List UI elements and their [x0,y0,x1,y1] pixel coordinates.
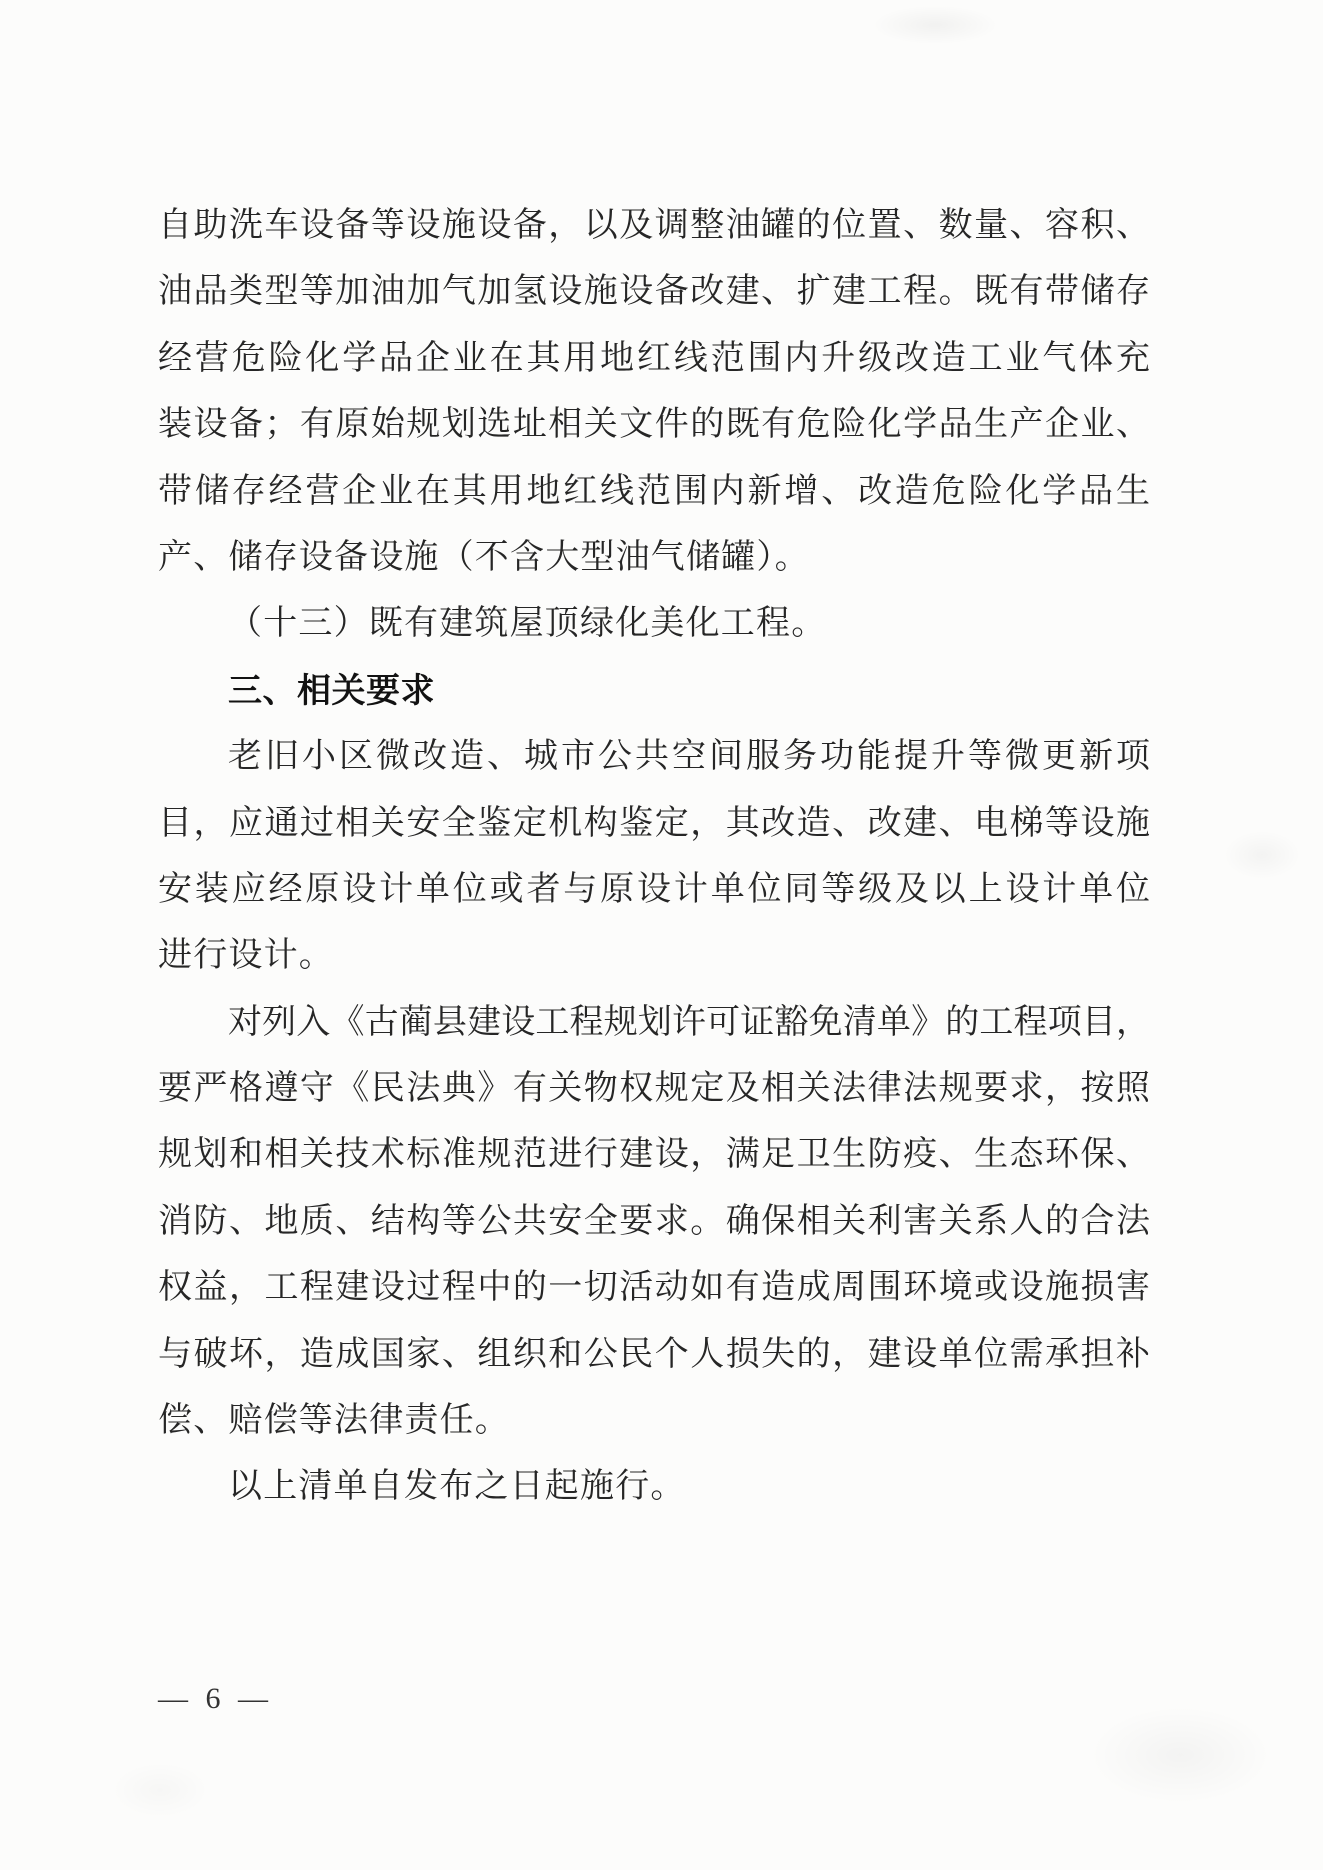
body-line: 消防、地质、结构等公共安全要求。确保相关利害关系人的合法 [158,1189,1150,1255]
body-line: 安装应经原设计单位或者与原设计单位同等级及以上设计单位 [158,857,1150,923]
scanned-document-page: 自助洗车设备等设施设备，以及调整油罐的位置、数量、容积、 油品类型等加油加气加氢… [0,0,1323,1870]
body-line: 规划和相关技术标准规范进行建设，满足卫生防疫、生态环保、 [158,1122,1150,1188]
body-line: 以上清单自发布之日起施行。 [158,1454,1150,1520]
body-line: 要严格遵守《民法典》有关物权规定及相关法律法规要求，按照 [158,1056,1150,1122]
body-line: 老旧小区微改造、城市公共空间服务功能提升等微更新项 [158,724,1150,790]
document-body: 自助洗车设备等设施设备，以及调整油罐的位置、数量、容积、 油品类型等加油加气加氢… [158,193,1150,1521]
body-line: 目，应通过相关安全鉴定机构鉴定，其改造、改建、电梯等设施 [158,791,1150,857]
section-heading: 三、相关要求 [158,658,1150,724]
body-line: 偿、赔偿等法律责任。 [158,1388,1150,1454]
body-line: 经营危险化学品企业在其用地红线范围内升级改造工业气体充 [158,326,1150,392]
body-line: 装设备；有原始规划选址相关文件的既有危险化学品生产企业、 [158,392,1150,458]
list-item-13: （十三）既有建筑屋顶绿化美化工程。 [158,591,1150,657]
body-line: 进行设计。 [158,923,1150,989]
body-line: 自助洗车设备等设施设备，以及调整油罐的位置、数量、容积、 [158,193,1150,259]
body-line: 权益，工程建设过程中的一切活动如有造成周围环境或设施损害 [158,1255,1150,1321]
body-line: 油品类型等加油加气加氢设施设备改建、扩建工程。既有带储存 [158,259,1150,325]
page-number: — 6 — [158,1682,273,1716]
body-line: 与破坏，造成国家、组织和公民个人损失的，建设单位需承担补 [158,1322,1150,1388]
body-line: 对列入《古蔺县建设工程规划许可证豁免清单》的工程项目， [158,990,1150,1056]
body-line: 产、储存设备设施（不含大型油气储罐）。 [158,525,1150,591]
body-line: 带储存经营企业在其用地红线范围内新增、改造危险化学品生 [158,459,1150,525]
